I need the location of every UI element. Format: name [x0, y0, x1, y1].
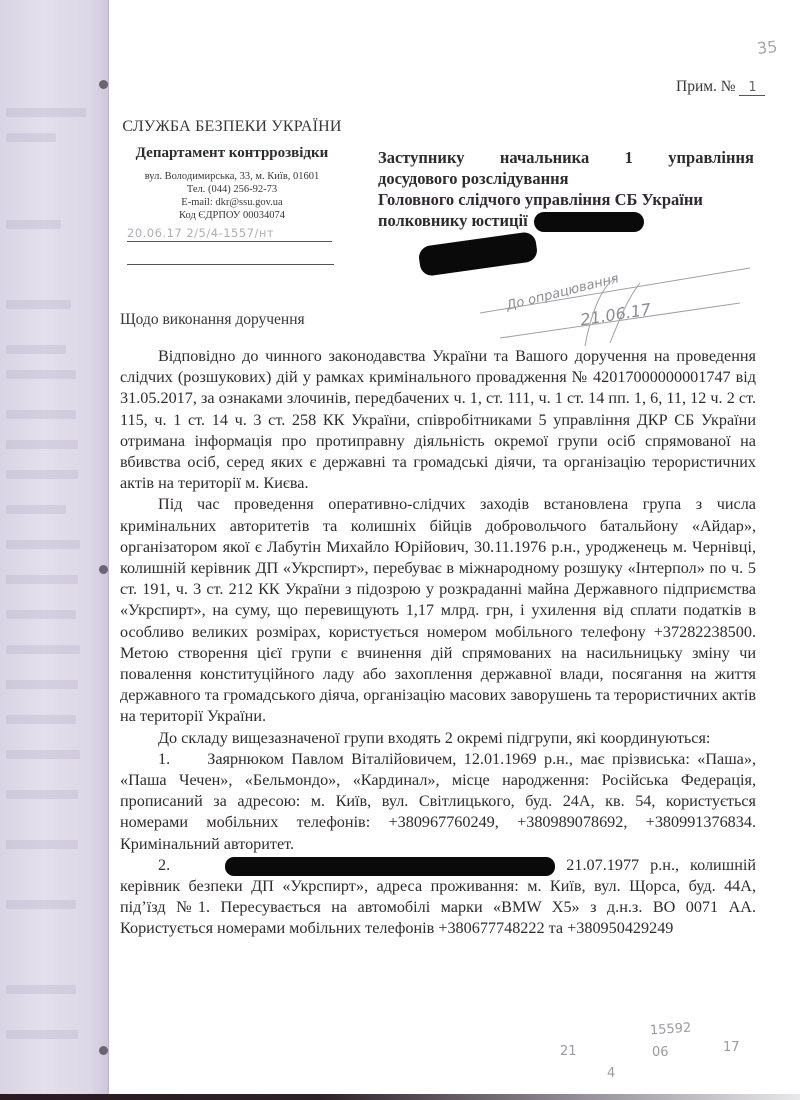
scan-bottom-edge: [0, 1094, 800, 1100]
list-item: 2. 21.07.1977 р.н., колишній керівник бе…: [120, 855, 756, 940]
addressee-word: Заступнику: [378, 147, 464, 168]
body-paragraph: До складу вищезазначеної групи входять 2…: [120, 728, 756, 749]
list-item-number: 1.: [158, 750, 170, 768]
bleed-through-text: [6, 540, 80, 549]
bleed-through-text: [6, 610, 76, 619]
addressee-line-1: Заступнику начальника 1 управління: [378, 147, 754, 168]
bleed-through-text: [6, 790, 78, 799]
bleed-through-text: [6, 750, 80, 759]
handwritten-reg-number: 15592: [650, 1021, 692, 1039]
sender-email: E-mail: dkr@ssu.gov.ua: [122, 196, 342, 209]
bleed-through-text: [6, 370, 76, 379]
bleed-through-text: [6, 680, 78, 689]
list-item: 1. Заярнюком Павлом Віталійовичем, 12.01…: [120, 749, 756, 855]
handwritten-page-number: 35: [756, 37, 778, 58]
bleed-through-text: [6, 345, 66, 354]
sender-phone: Тел. (044) 256-92-73: [122, 183, 342, 196]
bleed-through-text: [6, 985, 76, 994]
bleed-through-text: [6, 133, 56, 142]
addressee-line-3: Головного слідчого управління СБ України: [378, 189, 754, 210]
punch-hole: [99, 1046, 108, 1055]
signature-scribble: [470, 258, 770, 348]
bleed-through-text: [6, 715, 76, 724]
list-item-number: 2.: [158, 856, 170, 874]
bleed-through-text: [6, 470, 78, 479]
bleed-through-text: [6, 840, 78, 849]
sender-department: Департамент контррозвідки: [122, 145, 342, 162]
letter-body: Відповідно до чинного законодавства Укра…: [120, 346, 756, 940]
handwritten-month: 06: [652, 1045, 669, 1060]
handwritten-year: 17: [723, 1040, 740, 1055]
bleed-through-text: [6, 300, 71, 309]
sender-service: СЛУЖБА БЕЗПЕКИ УКРАЇНИ: [122, 118, 342, 136]
redaction-mark: [225, 857, 555, 876]
handwritten-outgoing-ref: 20.06.17 2/5/4-1557/нт: [127, 226, 332, 242]
bleed-through-text: [6, 220, 61, 229]
sender-code: Код ЄДРПОУ 00034074: [122, 209, 342, 222]
sender-address: вул. Володимирська, 33, м. Київ, 01601: [122, 170, 342, 183]
bleed-through-text: [6, 505, 66, 514]
punch-hole: [99, 565, 108, 574]
addressee-line-2: досудового розслідування: [378, 168, 754, 189]
body-paragraph: Під час проведення оперативно-слідчих за…: [120, 494, 756, 727]
handwritten-day: 21: [560, 1044, 577, 1059]
bleed-through-text: [6, 1030, 78, 1039]
addressee-line-4: полковнику юстиції: [378, 210, 754, 232]
handwritten-sheets: 4: [607, 1066, 615, 1081]
bleed-through-text: [6, 900, 76, 909]
attachment-number: Прим. № 1: [676, 78, 765, 96]
attachment-number-value: 1: [739, 80, 765, 96]
list-item-text: Заярнюком Павлом Віталійовичем, 12.01.19…: [120, 750, 756, 853]
sender-contacts: вул. Володимирська, 33, м. Київ, 01601 Т…: [122, 170, 342, 222]
bleed-through-text: [6, 108, 86, 117]
addressee-word: управління: [668, 147, 754, 168]
letter-subject: Щодо виконання доручення: [120, 311, 305, 329]
attachment-label: Прим. №: [676, 78, 736, 95]
sender-letterhead: СЛУЖБА БЕЗПЕКИ УКРАЇНИ Департамент контр…: [122, 118, 342, 265]
bleed-through-text: [6, 575, 78, 584]
addressee-rank: полковнику юстиції: [378, 211, 528, 230]
addressee-word: начальника: [500, 147, 589, 168]
addressee-block: Заступнику начальника 1 управління досуд…: [378, 147, 754, 232]
scan-edge-strip: [0, 0, 109, 1100]
blank-ref-line: [127, 264, 334, 265]
body-paragraph: Відповідно до чинного законодавства Укра…: [120, 346, 756, 494]
punch-hole: [99, 80, 108, 89]
bleed-through-text: [6, 645, 80, 654]
addressee-word: 1: [625, 147, 633, 168]
bleed-through-text: [6, 410, 76, 419]
redaction-mark: [534, 212, 644, 232]
bleed-through-text: [6, 440, 78, 449]
